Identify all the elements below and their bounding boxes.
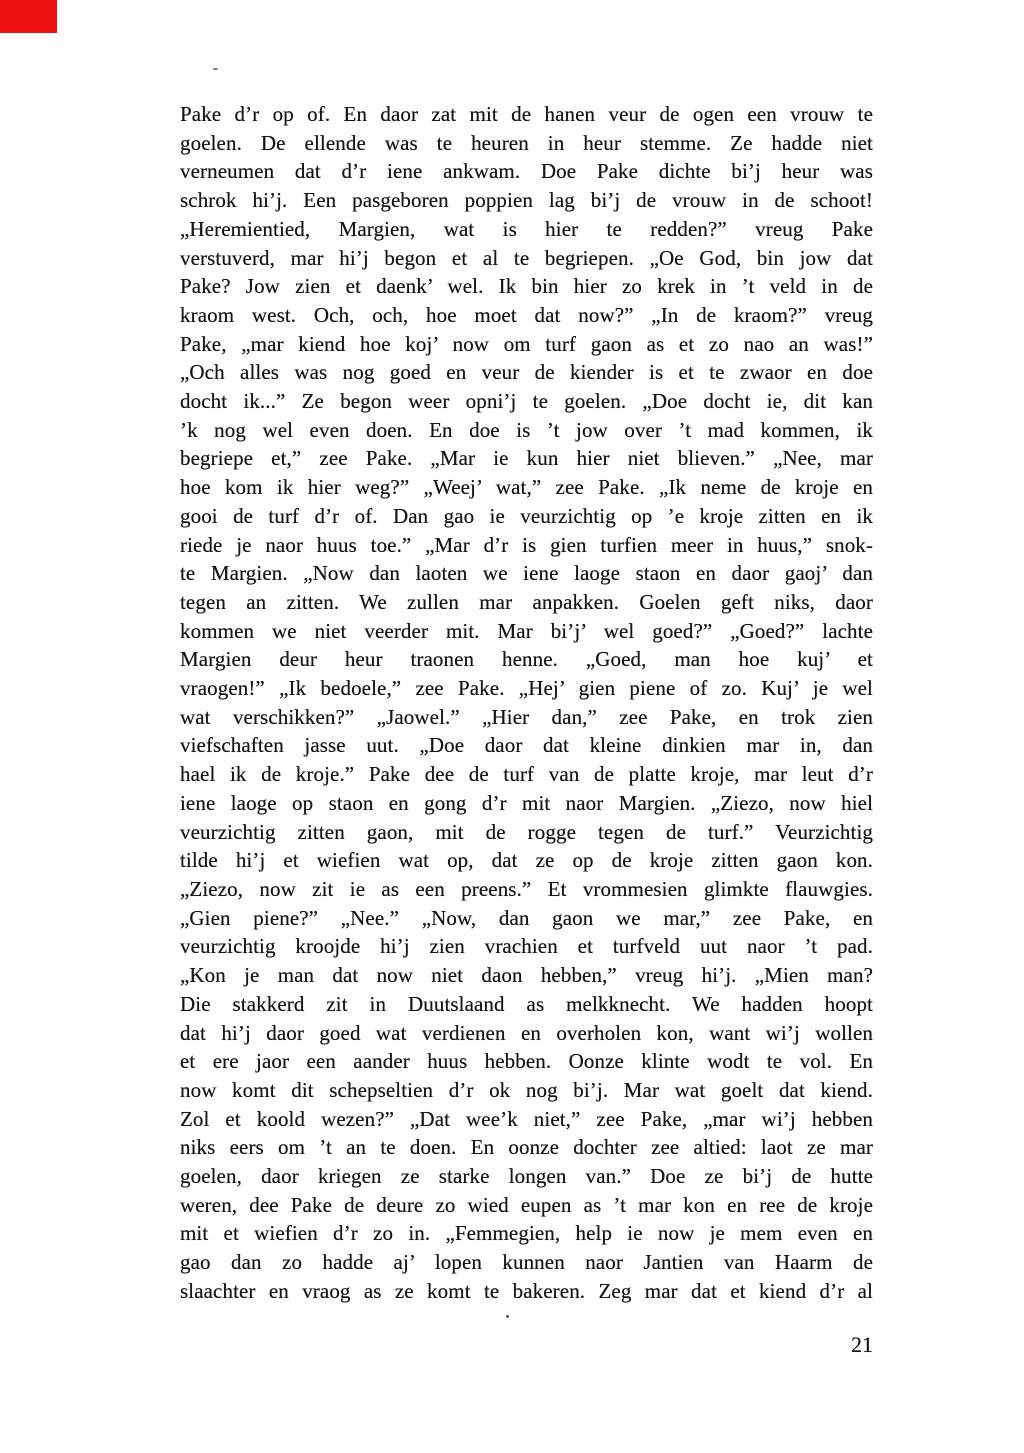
- text-line: niks eers om ’t an te doen. En oonze doc…: [180, 1133, 873, 1162]
- text-line: iene laoge op staon en gong d’r mit naor…: [180, 789, 873, 818]
- text-line: docht ik...” Ze begon weer opni’j te goe…: [180, 387, 873, 416]
- text-line: et ere jaor een aander huus hebben. Oonz…: [180, 1047, 873, 1076]
- text-line: tilde hi’j et wiefien wat op, dat ze op …: [180, 846, 873, 875]
- text-line: riede je naor huus toe.” „Mar d’r is gie…: [180, 531, 873, 560]
- body-text: Pake d’r op of. En daor zat mit de hanen…: [180, 100, 873, 1306]
- text-line: „Kon je man dat now niet daon hebben,” v…: [180, 961, 873, 990]
- red-corner-mark: [0, 0, 57, 33]
- text-line: Pake d’r op of. En daor zat mit de hanen…: [180, 100, 873, 129]
- text-line: gao dan zo hadde aj’ lopen kunnen naor J…: [180, 1248, 873, 1277]
- ink-speck-top: [213, 68, 218, 70]
- text-line: tegen an zitten. We zullen mar anpakken.…: [180, 588, 873, 617]
- text-line: wat verschikken?” „Jaowel.” „Hier dan,” …: [180, 703, 873, 732]
- text-line: hoe kom ik hier weg?” „Weej’ wat,” zee P…: [180, 473, 873, 502]
- text-line: Margien deur heur traonen henne. „Goed, …: [180, 645, 873, 674]
- text-line: begriepe et,” zee Pake. „Mar ie kun hier…: [180, 444, 873, 473]
- text-line: Pake? Jow zien et daenk’ wel. Ik bin hie…: [180, 272, 873, 301]
- text-line: veurzichtig kroojde hi’j zien vrachien e…: [180, 932, 873, 961]
- text-line: veurzichtig zitten gaon, mit de rogge te…: [180, 818, 873, 847]
- text-line: schrok hi’j. Een pasgeboren poppien lag …: [180, 186, 873, 215]
- text-line: vraogen!” „Ik bedoele,” zee Pake. „Hej’ …: [180, 674, 873, 703]
- book-page: Pake d’r op of. En daor zat mit de hanen…: [0, 0, 1024, 1453]
- text-line: dat hi’j daor goed wat verdienen en over…: [180, 1019, 873, 1048]
- ink-speck-bottom: [506, 1315, 509, 1318]
- text-line: Zol et koold wezen?” „Dat wee’k niet,” z…: [180, 1105, 873, 1134]
- text-line: mit et wiefien d’r zo in. „Femmegien, he…: [180, 1219, 873, 1248]
- text-line: kraom west. Och, och, hoe moet dat now?”…: [180, 301, 873, 330]
- text-line: verstuverd, mar hi’j begon et al te begr…: [180, 244, 873, 273]
- page-number: 21: [851, 1331, 873, 1359]
- text-line: „Gien piene?” „Nee.” „Now, dan gaon we m…: [180, 904, 873, 933]
- text-line: gooi de turf d’r of. Dan gao ie veurzich…: [180, 502, 873, 531]
- text-line: goelen. De ellende was te heuren in heur…: [180, 129, 873, 158]
- text-line: Die stakkerd zit in Duutslaand as melkkn…: [180, 990, 873, 1019]
- text-line: „Ziezo, now zit ie as een preens.” Et vr…: [180, 875, 873, 904]
- text-line: te Margien. „Now dan laoten we iene laog…: [180, 559, 873, 588]
- text-line: now komt dit schepseltien d’r ok nog bi’…: [180, 1076, 873, 1105]
- text-line: ’k nog wel even doen. En doe is ’t jow o…: [180, 416, 873, 445]
- text-line: „Heremientied, Margien, wat is hier te r…: [180, 215, 873, 244]
- text-line: verneumen dat d’r iene ankwam. Doe Pake …: [180, 157, 873, 186]
- text-line: viefschaften jasse uut. „Doe daor dat kl…: [180, 731, 873, 760]
- text-line: weren, dee Pake de deure zo wied eupen a…: [180, 1191, 873, 1220]
- text-line: hael ik de kroje.” Pake dee de turf van …: [180, 760, 873, 789]
- text-line: slaachter en vraog as ze komt te bakeren…: [180, 1277, 873, 1306]
- text-line: Pake, „mar kiend hoe koj’ now om turf ga…: [180, 330, 873, 359]
- text-line: goelen, daor kriegen ze starke longen va…: [180, 1162, 873, 1191]
- text-line: „Och alles was nog goed en veur de kiend…: [180, 358, 873, 387]
- text-line: kommen we niet veerder mit. Mar bi’j’ we…: [180, 617, 873, 646]
